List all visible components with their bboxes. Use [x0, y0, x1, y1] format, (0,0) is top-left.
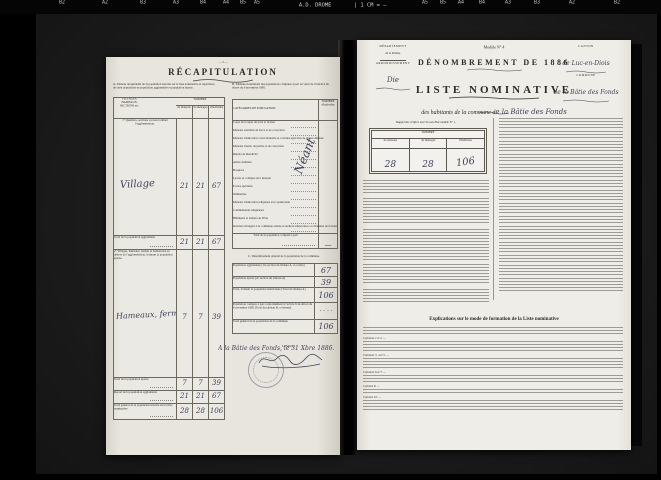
paragraph — [363, 180, 489, 193]
flourish — [479, 111, 509, 115]
ruler-mark: B5 — [238, 0, 249, 9]
microfilm-scan: { "ruler": { "left_labels": ["B2","A2","… — [0, 0, 661, 480]
table-b-total-label: Total de la population comptée à part — [233, 234, 318, 238]
paragraph — [499, 164, 623, 177]
category-row: Asiles d'aliénés — [233, 161, 337, 169]
paragraph — [499, 278, 623, 291]
departement-value: de la Drôme. — [363, 52, 423, 56]
intro-b: B. Tableau récapitulatif des populations… — [232, 83, 334, 90]
table-row: Population agglomérée (1re section du ta… — [233, 264, 337, 276]
ruler-mark: B3 — [138, 0, 149, 9]
ruler-mark: A5 — [420, 0, 431, 9]
ruler-mark: A2 — [100, 0, 111, 9]
mairie-stamp — [248, 352, 284, 388]
handwritten-hameaux: Hameaux, fermes — [116, 308, 176, 321]
table-b-col: NOMBRE d'individus — [319, 100, 337, 107]
column-rule — [493, 118, 494, 300]
paragraph — [499, 216, 623, 223]
page-title: RÉCAPITULATION — [106, 67, 340, 77]
paragraph-lead: Colonne 10. — — [363, 396, 623, 398]
paragraph-lead: Colonne 8. — — [363, 385, 623, 387]
paragraph — [499, 154, 623, 161]
ruler-mark: B5 — [438, 0, 449, 9]
paragraph — [499, 190, 623, 200]
section-c-title: C. Dénombrement général de la population… — [232, 255, 336, 259]
rappel-menages: 28 — [422, 160, 433, 170]
paragraph: Colonne 10. — — [363, 396, 623, 410]
ruler-mark: A4 — [221, 0, 232, 9]
paragraph-lead: Colonnes 3, 4 et 5. — — [363, 354, 623, 356]
paragraph: Colonnes 3, 4 et 5. — — [363, 354, 623, 368]
category-row: Maisons d'éducation correctionnelle et c… — [233, 137, 337, 145]
category-row: Maisons d'arrêt, de justice et de correc… — [233, 145, 337, 153]
table-a-header: QUARTIERS, VILLAGES, HAMEAUX, SECTIONS e… — [114, 98, 145, 108]
paragraph — [499, 141, 623, 151]
category-row: Écoles spéciales — [233, 185, 337, 193]
paragraph — [499, 242, 623, 252]
table-b-total-value: — — [325, 241, 332, 249]
paragraph — [363, 327, 623, 334]
rappel-caption: Rappel des chiffres inscrits aux État mo… — [361, 121, 491, 125]
canton-value: de Luc-en-Diois — [562, 60, 609, 67]
table-row: Total, formant la population municipale … — [233, 287, 337, 302]
recapitulation-page: — 2 — RÉCAPITULATION A. Tableau récapitu… — [106, 57, 340, 455]
paragraph — [363, 229, 489, 260]
paragraph — [499, 255, 623, 262]
book-gutter — [338, 40, 357, 455]
rappel-habitants: 106 — [455, 156, 475, 170]
rappel-nombre: NOMBRE — [372, 131, 484, 135]
ruler-mark: B4 — [477, 0, 488, 9]
category-row: Bâtiments et ateliers de l'État — [233, 217, 337, 225]
instructions-left-column — [363, 180, 489, 302]
paragraph — [363, 264, 489, 285]
departement-label: DÉPARTEMENT — [363, 45, 423, 49]
liste-nominative-page: DÉPARTEMENT de la Drôme. ARRONDISSEMENT … — [357, 40, 631, 450]
section-1-label: 1° Quartiers, sections ou rues formant l… — [114, 119, 176, 126]
ruler-mark: A4 — [456, 0, 467, 9]
paragraph: Colonne 8. — — [363, 385, 623, 393]
ruler-mark: A2 — [567, 0, 578, 9]
archive-label: A.D. DROME — [299, 3, 332, 8]
section-2-label: 2° Villages, hameaux, fermes et habitati… — [114, 250, 176, 261]
calibration-ruler: B2 A2 B3 A3 B4 A4 B5 A5 A.D. DROME | 1 C… — [0, 0, 661, 14]
category-row: Lycées et collèges avec internat — [233, 177, 337, 185]
category-row: Corps de troupes de terre et de mer — [233, 121, 337, 129]
table-row: Population éparse (2e section du tableau… — [233, 276, 337, 287]
ruler-mark: A5 — [252, 0, 263, 9]
commune-label: COMMUNE — [549, 74, 623, 78]
explications-body: Colonnes 1 et 2. — Colonnes 3, 4 et 5. —… — [363, 327, 623, 410]
table-b-header: CATÉGORIES DE POPULATION — [233, 107, 276, 111]
modele-label: Modèle N° 4 — [427, 45, 561, 50]
rappel-maisons: 28 — [385, 160, 396, 170]
arrondissement-value: Die — [387, 76, 399, 84]
total-eparse-label: Total de la population éparse — [114, 378, 176, 382]
intro-a: A. Tableau récapitulatif de la populatio… — [113, 83, 217, 90]
paragraph — [499, 226, 623, 239]
paragraph: Colonnes 1 et 2. — — [363, 337, 623, 351]
ruler-mark: B3 — [532, 0, 543, 9]
category-row: Maisons centrales de force et de correct… — [233, 129, 337, 137]
total-general-label: Total général de la population inscrite … — [114, 404, 176, 411]
ruler-mark: A3 — [171, 0, 182, 9]
table-b-categories: CATÉGORIES DE POPULATION NOMBRE d'indivi… — [232, 99, 338, 249]
canton-label: CANTON — [549, 45, 623, 49]
table-a-population: QUARTIERS, VILLAGES, HAMEAUX, SECTIONS e… — [113, 97, 225, 420]
liste-nominative-title: LISTE NOMINATIVE — [357, 84, 631, 96]
ruler-mark: B4 — [198, 0, 209, 9]
le-maire-label: Le Maire, — [258, 345, 318, 349]
category-row: Ouvriers étrangers à la commune réunis e… — [233, 225, 337, 233]
paragraph — [363, 289, 489, 302]
table-row: Population comptée à part conformément à… — [233, 302, 337, 319]
report-agglomeree-label: Report de la population agglomérée — [114, 391, 176, 395]
paragraph — [363, 198, 489, 225]
paragraph — [499, 118, 623, 128]
category-row: Hospices — [233, 169, 337, 177]
instructions-right-column — [499, 118, 623, 291]
handwritten-village: Village — [120, 178, 155, 191]
paragraph — [499, 203, 623, 213]
rappel-table: NOMBRE de maisons de ménages d'habitants… — [371, 130, 485, 172]
category-row: Dépôts de mendicité — [233, 153, 337, 161]
ruler-mark: B2 — [612, 0, 623, 9]
paragraph — [499, 180, 623, 187]
ruler-mark: A3 — [503, 0, 514, 9]
category-row: Maisons d'éducation religieuse avec pens… — [233, 201, 337, 209]
explications-title: Explications sur le mode de formation de… — [357, 316, 631, 322]
paragraph: Colonnes 6 et 7. — — [363, 371, 623, 382]
paragraph-lead: Colonnes 6 et 7. — — [363, 371, 623, 373]
paragraph-lead: Colonnes 1 et 2. — — [363, 337, 623, 339]
scale-label: | 1 CM = — — [354, 3, 387, 8]
paragraph — [499, 265, 623, 275]
page-number: — 2 — — [106, 61, 340, 65]
total-agglomeree-label: Total de la population agglomérée — [114, 236, 176, 240]
ruler-mark: B2 — [57, 0, 68, 9]
category-row: Communautés religieuses — [233, 209, 337, 217]
flourish — [467, 68, 522, 73]
table-row: Total général de la population de la com… — [233, 319, 337, 333]
category-row: Séminaires — [233, 193, 337, 201]
paragraph — [499, 131, 623, 138]
table-c-denombrement: Population agglomérée (1re section du ta… — [232, 263, 338, 334]
nombre-header: NOMBRE — [176, 98, 224, 102]
